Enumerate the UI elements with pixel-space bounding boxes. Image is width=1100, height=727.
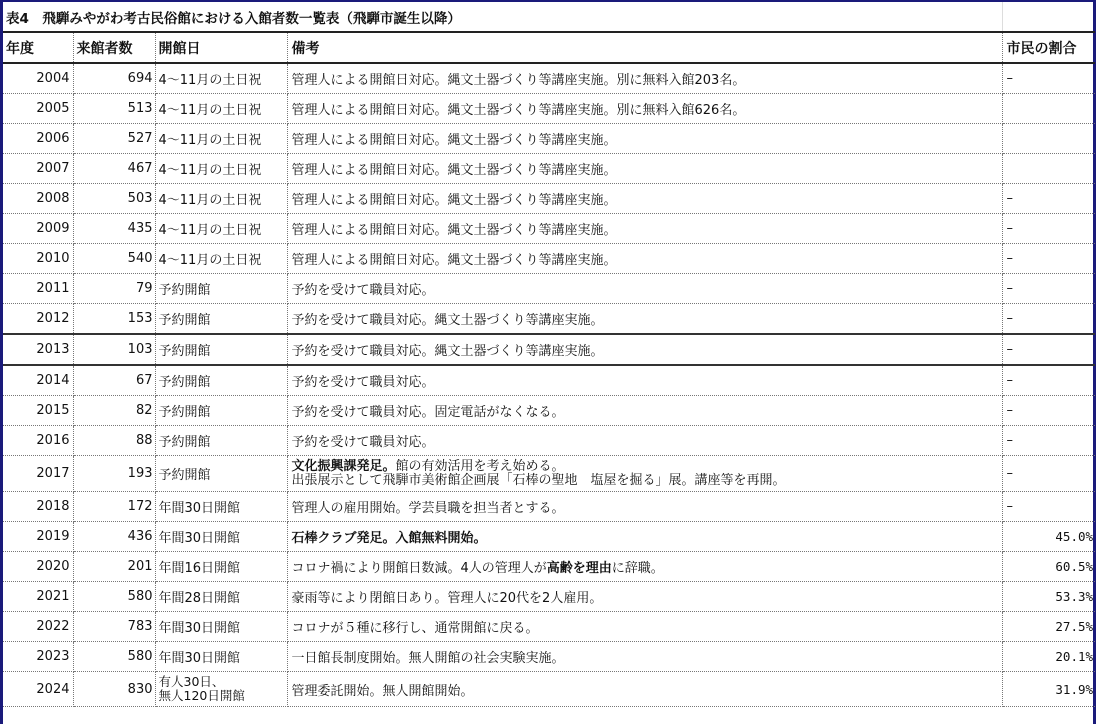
cell-open-days: 予約開館	[155, 396, 287, 426]
cell-visitors: 580	[73, 642, 155, 672]
header-row: 年度 来館者数 開館日 備考 市民の割合	[3, 32, 1095, 63]
cell-notes: 一日館長制度開始。無人開館の社会実験実施。	[287, 642, 1002, 672]
cell-open-days: 年間30日開館	[155, 522, 287, 552]
cell-visitors: 513	[73, 94, 155, 124]
cell-open-days: 年間30日開館	[155, 492, 287, 522]
cell-notes: 管理人による開館日対応。縄文土器づくり等講座実施。	[287, 154, 1002, 184]
note-bold: 石棒クラブ発足。入館無料開始。	[292, 531, 487, 546]
table-row: 2024 830 有人30日、 無人120日開館 管理委託開始。無人開館開始。 …	[3, 672, 1095, 707]
cell-year: 2008	[3, 184, 73, 214]
cell-visitors: 193	[73, 456, 155, 492]
table-row: 2013 103 予約開館 予約を受けて職員対応。縄文土器づくり等講座実施。 –	[3, 334, 1095, 365]
cell-year: 2006	[3, 124, 73, 154]
cell-open-days: 4～11月の土日祝	[155, 184, 287, 214]
cell-notes: コロナ禍により開館日数減。4人の管理人が高齢を理由に辞職。	[287, 552, 1002, 582]
cell-visitors: 694	[73, 63, 155, 94]
header-year: 年度	[3, 32, 73, 63]
cell-notes: 予約を受けて職員対応。	[287, 274, 1002, 304]
cell-ratio: 20.1%	[1002, 642, 1095, 672]
cell-open-days: 年間28日開館	[155, 582, 287, 612]
cell-visitors: 67	[73, 365, 155, 396]
cell-ratio	[1002, 154, 1095, 184]
cell-open-days: 予約開館	[155, 304, 287, 335]
cell-ratio: 27.5%	[1002, 612, 1095, 642]
table-row: 2018 172 年間30日開館 管理人の雇用開始。学芸員職を担当者とする。 –	[3, 492, 1095, 522]
cell-visitors: 79	[73, 274, 155, 304]
cell-notes: 管理人による開館日対応。縄文土器づくり等講座実施。	[287, 244, 1002, 274]
cell-ratio: 60.5%	[1002, 552, 1095, 582]
cell-year: 2013	[3, 334, 73, 365]
note-line-2: 出張展示として飛騨市美術館企画展「石棒の聖地 塩屋を掘る」展。講座等を再開。	[292, 474, 999, 488]
cell-year: 2004	[3, 63, 73, 94]
cell-visitors: 540	[73, 244, 155, 274]
cell-notes: 石棒クラブ発足。入館無料開始。	[287, 522, 1002, 552]
cell-ratio: 53.3%	[1002, 582, 1095, 612]
table-row: 2017 193 予約開館 文化振興課発足。館の有効活用を考え始める。 出張展示…	[3, 456, 1095, 492]
cell-open-days: 4～11月の土日祝	[155, 63, 287, 94]
cell-ratio	[1002, 124, 1095, 154]
cell-open-days: 有人30日、 無人120日開館	[155, 672, 287, 707]
cell-notes: 予約を受けて職員対応。固定電話がなくなる。	[287, 396, 1002, 426]
table-row: 2009 435 4～11月の土日祝 管理人による開館日対応。縄文土器づくり等講…	[3, 214, 1095, 244]
note-line-1: 文化振興課発足。館の有効活用を考え始める。	[292, 460, 999, 474]
title-row: 表4 飛騨みやがわ考古民俗館における入館者数一覧表（飛騨市誕生以降）	[3, 2, 1095, 32]
visitor-table: 表4 飛騨みやがわ考古民俗館における入館者数一覧表（飛騨市誕生以降） 年度 来館…	[3, 2, 1095, 707]
cell-year: 2017	[3, 456, 73, 492]
cell-notes: 予約を受けて職員対応。縄文土器づくり等講座実施。	[287, 334, 1002, 365]
cell-visitors: 435	[73, 214, 155, 244]
header-open-days: 開館日	[155, 32, 287, 63]
cell-year: 2009	[3, 214, 73, 244]
cell-open-days: 年間30日開館	[155, 642, 287, 672]
cell-notes: 予約を受けて職員対応。	[287, 365, 1002, 396]
cell-visitors: 783	[73, 612, 155, 642]
cell-year: 2011	[3, 274, 73, 304]
cell-year: 2007	[3, 154, 73, 184]
cell-open-days: 4～11月の土日祝	[155, 154, 287, 184]
header-visitors: 来館者数	[73, 32, 155, 63]
cell-open-days: 予約開館	[155, 334, 287, 365]
table-row: 2014 67 予約開館 予約を受けて職員対応。 –	[3, 365, 1095, 396]
cell-year: 2018	[3, 492, 73, 522]
cell-year: 2005	[3, 94, 73, 124]
table-row: 2011 79 予約開館 予約を受けて職員対応。 –	[3, 274, 1095, 304]
cell-notes: 管理人による開館日対応。縄文土器づくり等講座実施。	[287, 184, 1002, 214]
cell-year: 2016	[3, 426, 73, 456]
cell-ratio: –	[1002, 396, 1095, 426]
header-notes: 備考	[287, 32, 1002, 63]
table-row: 2020 201 年間16日開館 コロナ禍により開館日数減。4人の管理人が高齢を…	[3, 552, 1095, 582]
cell-notes: 予約を受けて職員対応。	[287, 426, 1002, 456]
cell-notes: 管理委託開始。無人開館開始。	[287, 672, 1002, 707]
cell-open-days: 4～11月の土日祝	[155, 244, 287, 274]
cell-notes: コロナが５種に移行し、通常開館に戻る。	[287, 612, 1002, 642]
cell-ratio: –	[1002, 244, 1095, 274]
cell-year: 2023	[3, 642, 73, 672]
cell-visitors: 830	[73, 672, 155, 707]
cell-visitors: 103	[73, 334, 155, 365]
cell-open-days: 予約開館	[155, 274, 287, 304]
title-empty-cell	[1002, 2, 1095, 32]
cell-open-days: 4～11月の土日祝	[155, 94, 287, 124]
cell-visitors: 467	[73, 154, 155, 184]
cell-notes: 管理人による開館日対応。縄文土器づくり等講座実施。別に無料入館203名。	[287, 63, 1002, 94]
cell-visitors: 436	[73, 522, 155, 552]
cell-notes: 予約を受けて職員対応。縄文土器づくり等講座実施。	[287, 304, 1002, 335]
cell-open-days: 4～11月の土日祝	[155, 124, 287, 154]
table-row: 2004 694 4～11月の土日祝 管理人による開館日対応。縄文土器づくり等講…	[3, 63, 1095, 94]
cell-ratio: –	[1002, 334, 1095, 365]
cell-year: 2021	[3, 582, 73, 612]
table-row: 2010 540 4～11月の土日祝 管理人による開館日対応。縄文土器づくり等講…	[3, 244, 1095, 274]
cell-year: 2012	[3, 304, 73, 335]
cell-notes: 管理人による開館日対応。縄文土器づくり等講座実施。別に無料入館626名。	[287, 94, 1002, 124]
cell-visitors: 201	[73, 552, 155, 582]
cell-ratio: –	[1002, 63, 1095, 94]
cell-open-days: 4～11月の土日祝	[155, 214, 287, 244]
open-days-line-1: 有人30日、	[159, 675, 284, 689]
open-days-line-2: 無人120日開館	[159, 689, 284, 703]
cell-year: 2010	[3, 244, 73, 274]
cell-visitors: 172	[73, 492, 155, 522]
table-title: 表4 飛騨みやがわ考古民俗館における入館者数一覧表（飛騨市誕生以降）	[3, 2, 1002, 32]
cell-year: 2014	[3, 365, 73, 396]
cell-notes: 豪雨等により閉館日あり。管理人に20代を2人雇用。	[287, 582, 1002, 612]
note-text: 館の有効活用を考え始める。	[396, 459, 565, 474]
cell-year: 2020	[3, 552, 73, 582]
cell-year: 2019	[3, 522, 73, 552]
cell-ratio: –	[1002, 426, 1095, 456]
cell-open-days: 予約開館	[155, 426, 287, 456]
cell-ratio: –	[1002, 274, 1095, 304]
note-text-pre: コロナ禍により開館日数減。4人の管理人が	[292, 561, 547, 576]
cell-ratio: 31.9%	[1002, 672, 1095, 707]
cell-visitors: 88	[73, 426, 155, 456]
cell-open-days: 予約開館	[155, 456, 287, 492]
note-bold: 高齢を理由	[547, 561, 612, 576]
table-row: 2005 513 4～11月の土日祝 管理人による開館日対応。縄文土器づくり等講…	[3, 94, 1095, 124]
table-row: 2022 783 年間30日開館 コロナが５種に移行し、通常開館に戻る。 27.…	[3, 612, 1095, 642]
header-citizen-ratio: 市民の割合	[1002, 32, 1095, 63]
cell-open-days: 年間16日開館	[155, 552, 287, 582]
cell-visitors: 153	[73, 304, 155, 335]
table-row: 2008 503 4～11月の土日祝 管理人による開館日対応。縄文土器づくり等講…	[3, 184, 1095, 214]
cell-notes: 管理人の雇用開始。学芸員職を担当者とする。	[287, 492, 1002, 522]
cell-year: 2024	[3, 672, 73, 707]
table-row: 2015 82 予約開館 予約を受けて職員対応。固定電話がなくなる。 –	[3, 396, 1095, 426]
cell-visitors: 580	[73, 582, 155, 612]
cell-ratio: –	[1002, 456, 1095, 492]
table-row: 2007 467 4～11月の土日祝 管理人による開館日対応。縄文土器づくり等講…	[3, 154, 1095, 184]
cell-year: 2015	[3, 396, 73, 426]
note-text-post: に辞職。	[612, 561, 664, 576]
table-row: 2006 527 4～11月の土日祝 管理人による開館日対応。縄文土器づくり等講…	[3, 124, 1095, 154]
cell-ratio: –	[1002, 214, 1095, 244]
table-row: 2019 436 年間30日開館 石棒クラブ発足。入館無料開始。 45.0%	[3, 522, 1095, 552]
cell-notes: 文化振興課発足。館の有効活用を考え始める。 出張展示として飛騨市美術館企画展「石…	[287, 456, 1002, 492]
cell-ratio: –	[1002, 365, 1095, 396]
cell-ratio: 45.0%	[1002, 522, 1095, 552]
cell-ratio: –	[1002, 304, 1095, 335]
cell-ratio: –	[1002, 184, 1095, 214]
cell-notes: 管理人による開館日対応。縄文土器づくり等講座実施。	[287, 214, 1002, 244]
cell-ratio: –	[1002, 492, 1095, 522]
cell-visitors: 82	[73, 396, 155, 426]
cell-notes: 管理人による開館日対応。縄文土器づくり等講座実施。	[287, 124, 1002, 154]
cell-visitors: 527	[73, 124, 155, 154]
cell-open-days: 年間30日開館	[155, 612, 287, 642]
cell-ratio	[1002, 94, 1095, 124]
cell-visitors: 503	[73, 184, 155, 214]
cell-year: 2022	[3, 612, 73, 642]
table-row: 2023 580 年間30日開館 一日館長制度開始。無人開館の社会実験実施。 2…	[3, 642, 1095, 672]
note-bold: 文化振興課発足。	[292, 459, 396, 474]
table-row: 2016 88 予約開館 予約を受けて職員対応。 –	[3, 426, 1095, 456]
table-row: 2012 153 予約開館 予約を受けて職員対応。縄文土器づくり等講座実施。 –	[3, 304, 1095, 335]
table-row: 2021 580 年間28日開館 豪雨等により閉館日あり。管理人に20代を2人雇…	[3, 582, 1095, 612]
cell-open-days: 予約開館	[155, 365, 287, 396]
